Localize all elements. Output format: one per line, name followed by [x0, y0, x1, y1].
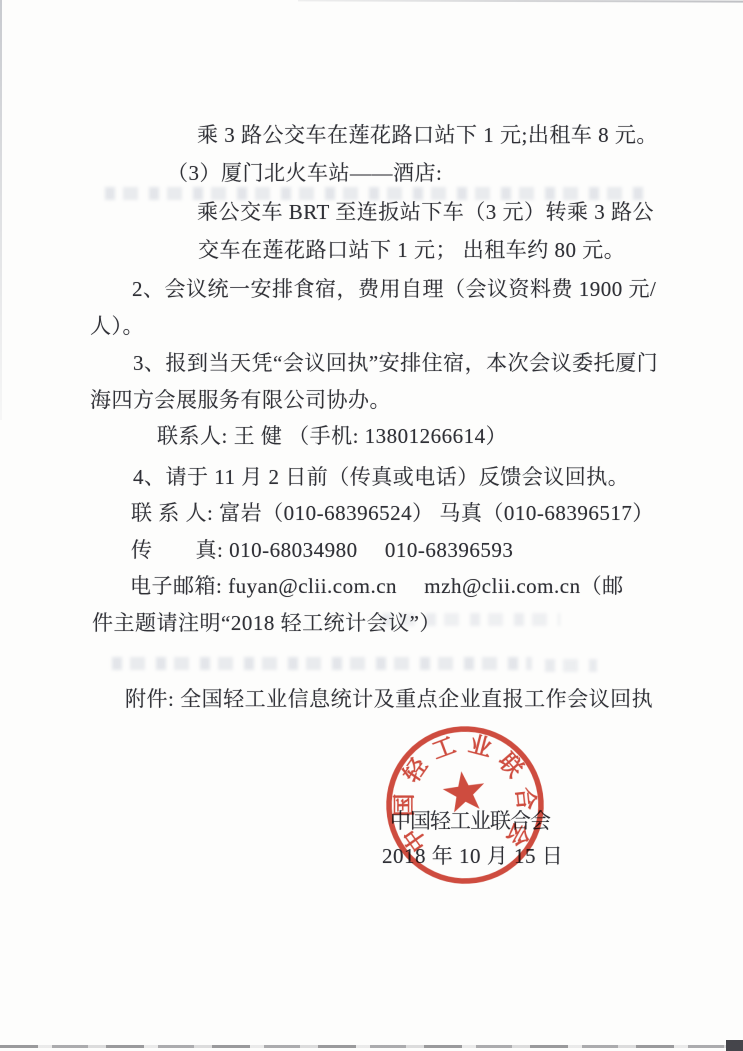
item-2-fee-line-2: 人）。	[90, 313, 144, 340]
route-3-heading-line: （3）厦门北火车站——酒店:	[167, 160, 442, 187]
fax-line: 传 真: 010-68034980 010-68396593	[131, 537, 513, 564]
contacts-line: 联 系 人: 富岩（010-68396524） 马真（010-68396517）	[131, 500, 654, 527]
bleed-through-ghost-text	[112, 657, 532, 670]
brt-directions-line-2: 交车在莲花路口站下 1 元； 出租车约 80 元。	[198, 237, 625, 264]
scan-artifact-corner-mark	[726, 1040, 743, 1051]
seal-ring-char: 国	[392, 794, 417, 817]
official-seal: 中 国 轻 工 业 联 合 会	[381, 719, 549, 891]
item-3-checkin-line-2: 海四方会展服务有限公司协办。	[90, 387, 391, 414]
bleed-through-ghost-text	[545, 659, 597, 672]
brt-directions-line: 乘公交车 BRT 至连扳站下车（3 元）转乘 3 路公	[197, 199, 654, 226]
seal-ring-char: 合	[512, 786, 540, 812]
scan-artifact-top-edge	[298, 0, 743, 3]
transit-fare-line: 乘 3 路公交车在莲花路口站下 1 元;出租车 8 元。	[197, 122, 658, 149]
scan-artifact-left-edge	[0, 0, 2, 420]
scan-artifact-bottom-edge	[0, 1045, 743, 1048]
email-line-2: 件主题请注明“2018 轻工统计会议”）	[92, 610, 441, 637]
item-3-checkin-line: 3、报到当天凭“会议回执”安排住宿，本次会议委托厦门	[133, 350, 658, 377]
seal-ring-char: 业	[466, 731, 495, 761]
hotel-contact-line: 联系人: 王 健 （手机: 13801266614）	[157, 423, 507, 450]
item-2-fee-line: 2、会议统一安排食宿，费用自理（会议资料费 1900 元/	[132, 276, 656, 303]
item-4-reply-line: 4、请于 11 月 2 日前（传真或电话）反馈会议回执。	[133, 464, 629, 491]
scanned-document-page: 乘 3 路公交车在莲花路口站下 1 元;出租车 8 元。 （3）厦门北火车站——…	[0, 0, 743, 1051]
email-line: 电子邮箱: fuyan@clii.com.cn mzh@clii.com.cn（…	[130, 573, 624, 600]
attachment-line: 附件: 全国轻工业信息统计及重点企业直报工作会议回执	[125, 686, 653, 713]
star-icon	[441, 768, 488, 813]
